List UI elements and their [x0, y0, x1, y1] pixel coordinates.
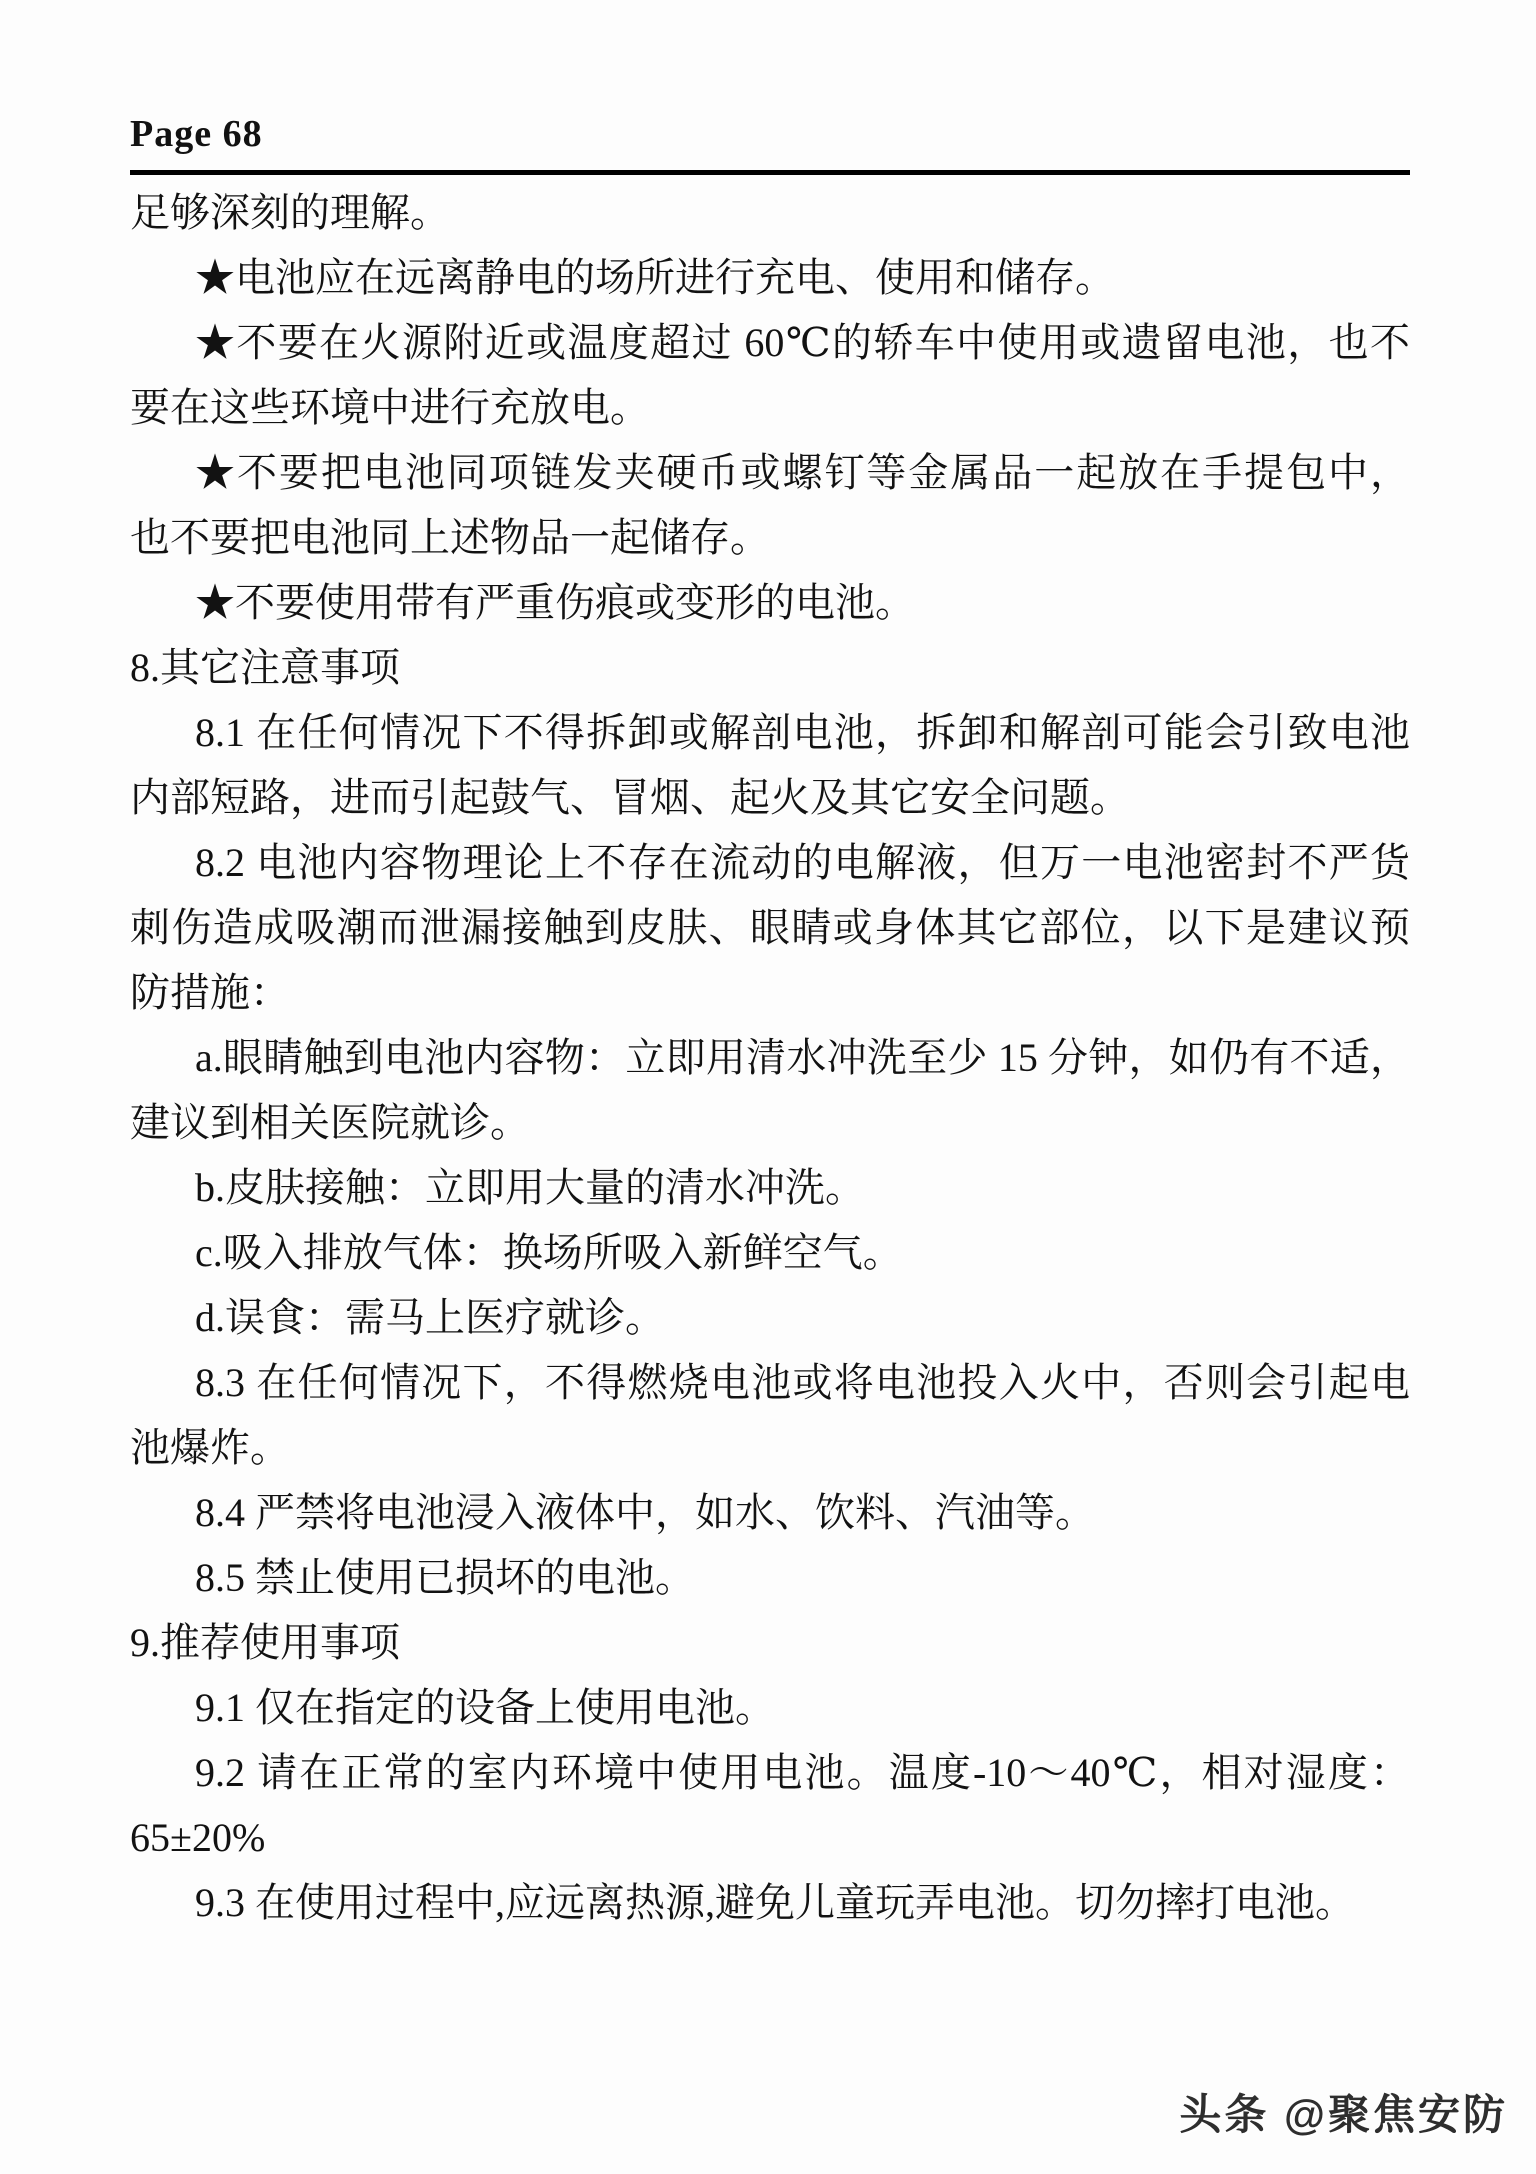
- watermark: 头条 @聚焦安防: [1179, 2082, 1508, 2142]
- text-line: 65±20%: [130, 1805, 1410, 1870]
- text-line: 要在这些环境中进行充放电。: [130, 375, 1410, 440]
- text-line: ★不要使用带有严重伤痕或变形的电池。: [130, 570, 1410, 635]
- text-line: 8.2 电池内容物理论上不存在流动的电解液，但万一电池密封不严货: [130, 830, 1410, 895]
- text-line: 建议到相关医院就诊。: [130, 1090, 1410, 1155]
- document-body: 足够深刻的理解。★电池应在远离静电的场所进行充电、使用和储存。★不要在火源附近或…: [130, 180, 1410, 1935]
- text-line: 池爆炸。: [130, 1415, 1410, 1480]
- text-line: b.皮肤接触：立即用大量的清水冲洗。: [130, 1155, 1410, 1220]
- text-line: 8.其它注意事项: [130, 635, 1410, 700]
- text-line: 足够深刻的理解。: [130, 180, 1410, 245]
- page-header: Page 68: [130, 112, 263, 156]
- text-line: a.眼睛触到电池内容物：立即用清水冲洗至少 15 分钟，如仍有不适，: [130, 1025, 1410, 1090]
- text-line: 9.1 仅在指定的设备上使用电池。: [130, 1675, 1410, 1740]
- document-page: { "page": { "header": { "page_label": "P…: [0, 0, 1536, 2174]
- text-line: 9.3 在使用过程中,应远离热源,避免儿童玩弄电池。切勿摔打电池。: [130, 1870, 1410, 1935]
- text-line: ★不要把电池同项链发夹硬币或螺钉等金属品一起放在手提包中，: [130, 440, 1410, 505]
- text-line: 8.5 禁止使用已损坏的电池。: [130, 1545, 1410, 1610]
- text-line: 刺伤造成吸潮而泄漏接触到皮肤、眼睛或身体其它部位，以下是建议预: [130, 895, 1410, 960]
- text-line: 9.推荐使用事项: [130, 1610, 1410, 1675]
- text-line: 9.2 请在正常的室内环境中使用电池。温度-10～40℃，相对湿度：: [130, 1740, 1410, 1805]
- text-line: 8.3 在任何情况下，不得燃烧电池或将电池投入火中，否则会引起电: [130, 1350, 1410, 1415]
- text-line: c.吸入排放气体：换场所吸入新鲜空气。: [130, 1220, 1410, 1285]
- text-line: ★不要在火源附近或温度超过 60℃的轿车中使用或遗留电池，也不: [130, 310, 1410, 375]
- text-line: d.误食：需马上医疗就诊。: [130, 1285, 1410, 1350]
- text-line: 8.4 严禁将电池浸入液体中，如水、饮料、汽油等。: [130, 1480, 1410, 1545]
- text-line: 内部短路，进而引起鼓气、冒烟、起火及其它安全问题。: [130, 765, 1410, 830]
- text-line: 防措施：: [130, 960, 1410, 1025]
- text-line: 8.1 在任何情况下不得拆卸或解剖电池，拆卸和解剖可能会引致电池: [130, 700, 1410, 765]
- text-line: ★电池应在远离静电的场所进行充电、使用和储存。: [130, 245, 1410, 310]
- text-line: 也不要把电池同上述物品一起储存。: [130, 505, 1410, 570]
- header-rule: [130, 170, 1410, 175]
- page-number: Page 68: [130, 113, 263, 155]
